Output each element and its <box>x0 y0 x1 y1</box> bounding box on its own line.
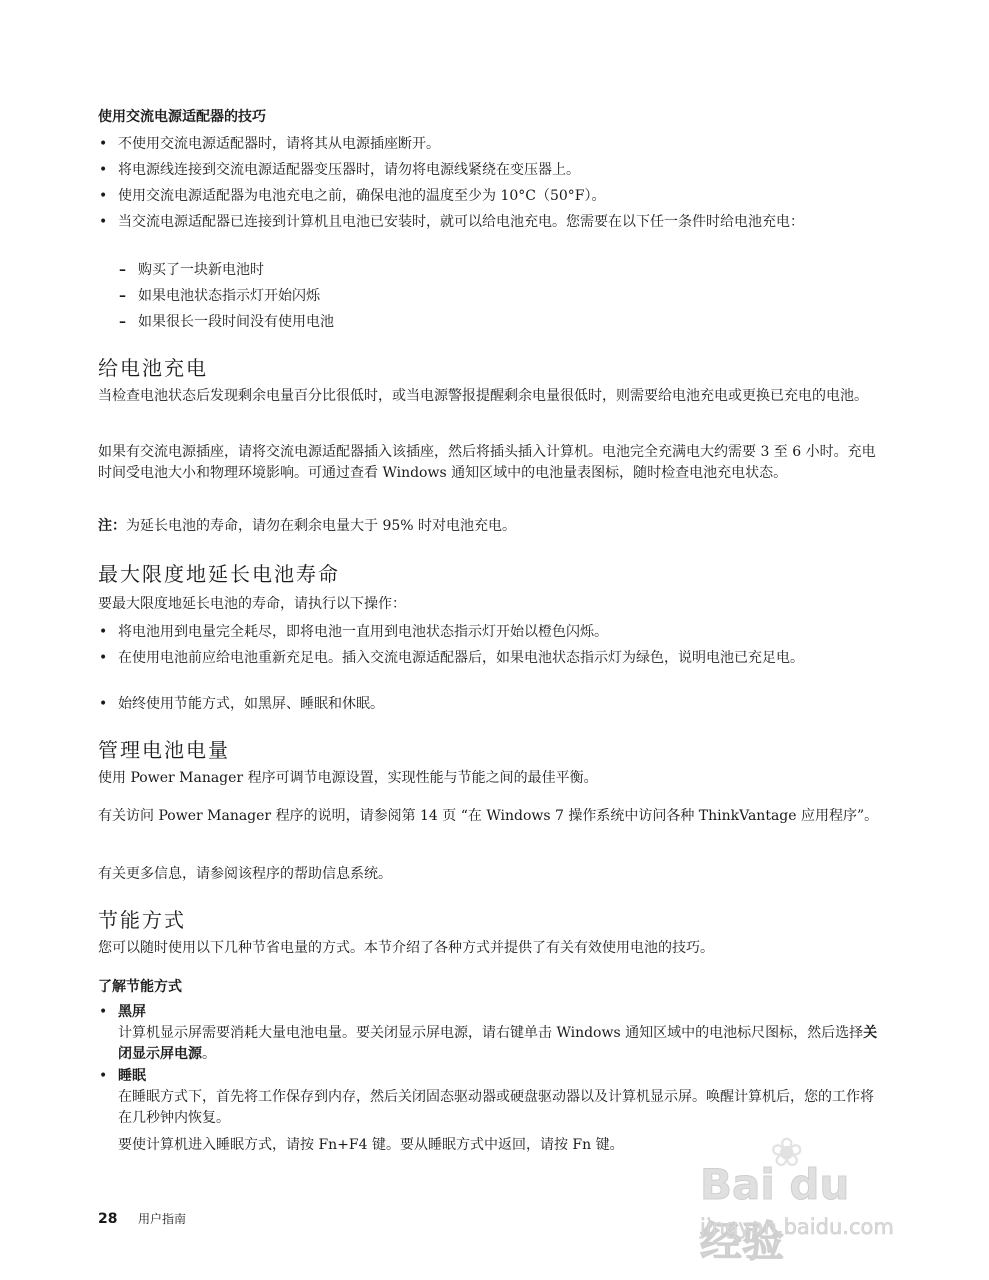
sub-list-item: –如果很长一段时间没有使用电池 <box>138 312 880 333</box>
watermark-url: jingyan.baidu.com <box>700 1215 894 1239</box>
dash-icon: – <box>119 312 126 333</box>
page-number: 28 <box>98 1211 117 1227</box>
list-item: •始终使用节能方式，如黑屏、睡眠和休眠。 <box>118 694 880 715</box>
paragraph: 有关访问 Power Manager 程序的说明，请参阅第 14 页 “在 Wi… <box>98 806 880 827</box>
bullet-icon: • <box>99 160 107 181</box>
document-title: 用户指南 <box>138 1212 186 1226</box>
mode-title: 睡眠 <box>118 1068 146 1084</box>
paragraph: 要最大限度地延长电池的寿命，请执行以下操作： <box>98 594 880 615</box>
list-item: •使用交流电源适配器为电池充电之前，确保电池的温度至少为 10°C（50°F）。 <box>118 186 880 207</box>
section-heading-manage-battery-power: 管理电池电量 <box>98 734 230 763</box>
dash-icon: – <box>119 286 126 307</box>
section-heading-maximize-battery-life: 最大限度地延长电池寿命 <box>98 558 340 587</box>
dash-icon: – <box>119 260 126 281</box>
list-item: •将电池用到电量完全耗尽，即将电池一直用到电池状态指示灯开始以橙色闪烁。 <box>118 622 880 643</box>
mode-title: 黑屏 <box>118 1004 146 1020</box>
list-item: •当交流电源适配器已连接到计算机且电池已安装时，就可以给电池充电。您需要在以下任… <box>118 212 880 233</box>
paragraph: 如果有交流电源插座，请将交流电源适配器插入该插座，然后将插头插入计算机。电池完全… <box>98 442 880 484</box>
list-item: •不使用交流电源适配器时，请将其从电源插座断开。 <box>118 134 880 155</box>
section-heading-charge-battery: 给电池充电 <box>98 352 208 381</box>
bullet-icon: • <box>99 186 107 207</box>
bullet-icon: • <box>99 622 107 643</box>
list-item-screen-blank: • 黑屏 计算机显示屏需要消耗大量电池电量。要关闭显示屏电源，请右键单击 Win… <box>118 1002 880 1065</box>
bullet-icon: • <box>99 212 107 233</box>
subsection-heading-understand-modes: 了解节能方式 <box>98 976 182 996</box>
note-paragraph: 注：为延长电池的寿命，请勿在剩余电量大于 95% 时对电池充电。 <box>98 516 880 537</box>
sub-list-item: –购买了一块新电池时 <box>138 260 880 281</box>
baidu-watermark: ❀ Bai du 经验 jingyan.baidu.com <box>700 1130 880 1250</box>
section-heading-power-saving-modes: 节能方式 <box>98 904 186 933</box>
paragraph: 当检查电池状态后发现剩余电量百分比很低时，或当电源警报提醒剩余电量很低时，则需要… <box>98 386 880 407</box>
bullet-icon: • <box>99 134 107 155</box>
note-label: 注： <box>98 518 126 534</box>
section-heading-ac-adapter-tips: 使用交流电源适配器的技巧 <box>98 106 266 126</box>
sub-list-item: –如果电池状态指示灯开始闪烁 <box>138 286 880 307</box>
bullet-icon: • <box>99 1066 107 1087</box>
list-item: •将电源线连接到交流电源适配器变压器时，请勿将电源线紧绕在变压器上。 <box>118 160 880 181</box>
paragraph: 使用 Power Manager 程序可调节电源设置，实现性能与节能之间的最佳平… <box>98 768 880 789</box>
paragraph: 您可以随时使用以下几种节省电量的方式。本节介绍了各种方式并提供了有关有效使用电池… <box>98 938 880 959</box>
bullet-icon: • <box>99 1002 107 1023</box>
page-footer: 28 用户指南 <box>98 1210 186 1227</box>
list-item: •在使用电池前应给电池重新充足电。插入交流电源适配器后，如果电池状态指示灯为绿色… <box>118 648 880 669</box>
paragraph: 有关更多信息，请参阅该程序的帮助信息系统。 <box>98 864 880 885</box>
bullet-icon: • <box>99 648 107 669</box>
bullet-icon: • <box>99 694 107 715</box>
